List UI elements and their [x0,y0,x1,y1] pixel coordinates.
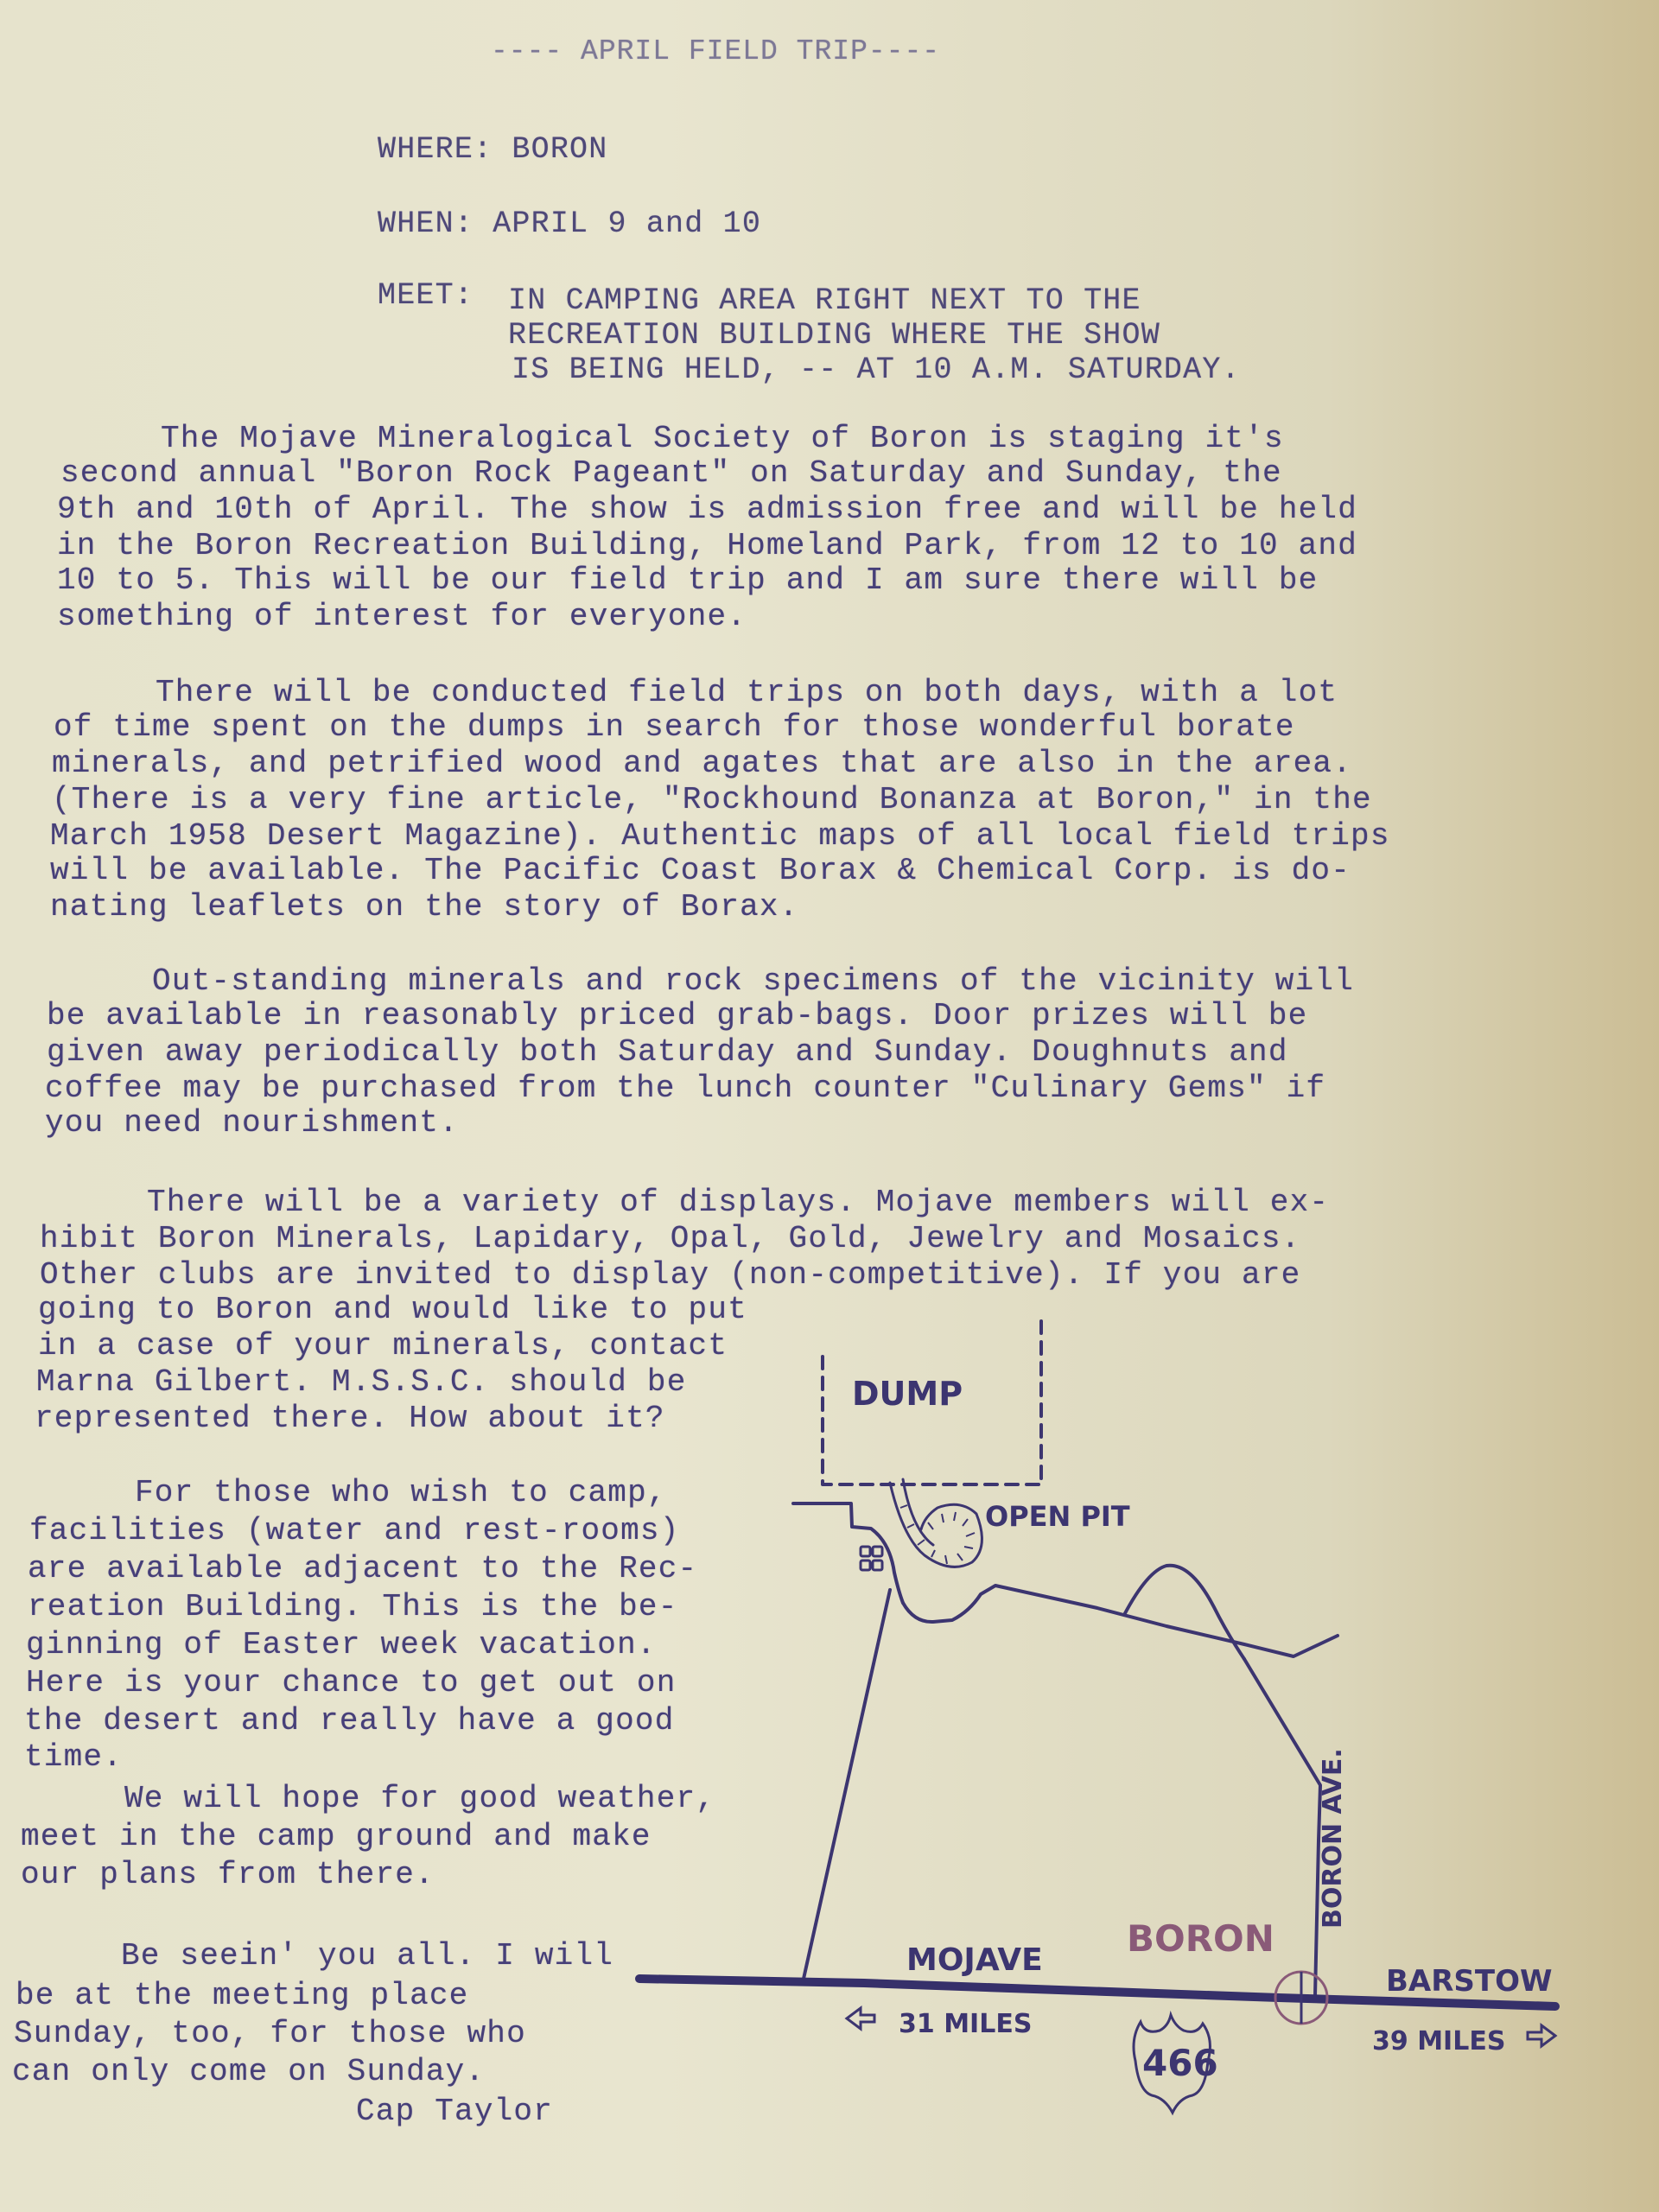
arrow-left-icon [847,2008,874,2029]
map-label-mojave: MOJAVE [906,1942,1043,1978]
arrow-right-icon [1528,2025,1555,2046]
map-label-boron-town: BORON [1127,1917,1274,1960]
map-label-right-distance: 39 MILES [1372,2026,1505,2056]
directions-map: 466 DUMP OPEN PIT MOJAVE BORON BARSTOW 3… [0,0,1659,2212]
camp-buildings-icon [861,1547,882,1570]
map-label-left-distance: 31 MILES [899,2009,1032,2039]
road-pit [903,1586,1338,1656]
road-to-highway [804,1590,890,1979]
newsletter-page: ---- APRIL FIELD TRIP---- WHERE: BORON W… [0,0,1659,2212]
highway-number: 466 [1142,2042,1218,2084]
map-label-barstow: BARSTOW [1386,1964,1553,1999]
map-label-boron-ave: BORON AVE. [1318,1748,1348,1929]
road-camp-access [793,1503,903,1603]
map-label-open-pit: OPEN PIT [985,1500,1130,1533]
open-pit-shape [890,1483,982,1567]
map-label-dump: DUMP [852,1375,963,1413]
road-hill-loop [1124,1566,1244,1659]
